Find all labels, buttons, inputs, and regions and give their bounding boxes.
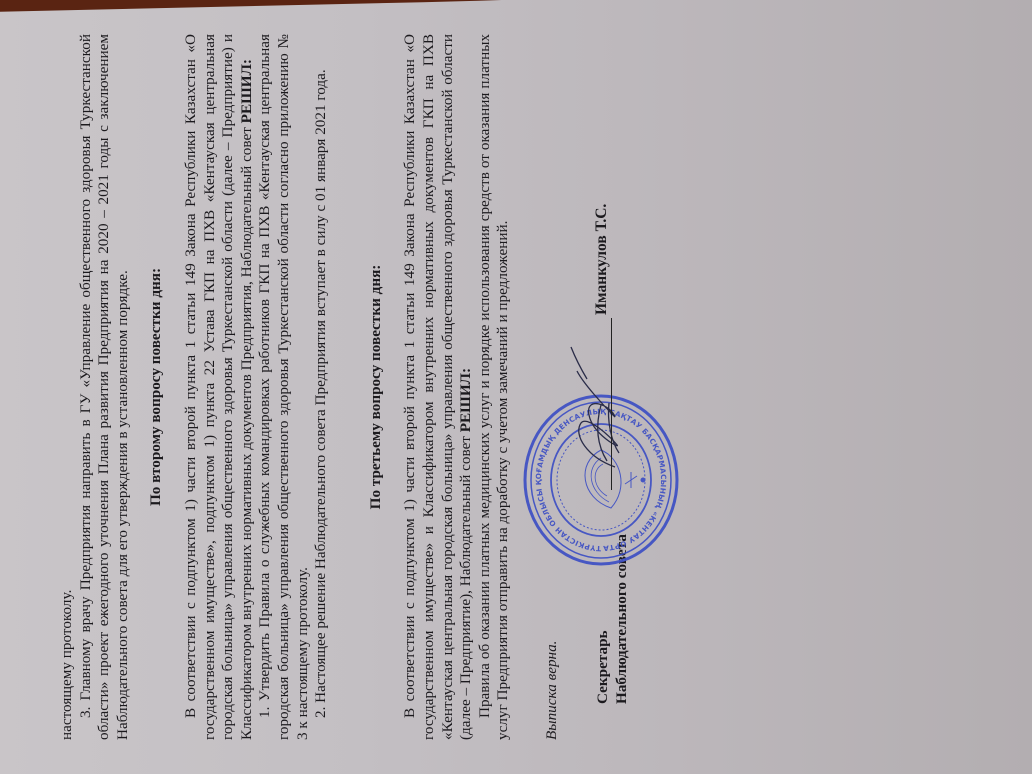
paragraph-item-3: 3. Главному врачу Предприятия направить … (77, 34, 133, 740)
paragraph-second-item-2: 2. Настоящее решение Наблюдательного сов… (312, 34, 331, 740)
handwritten-signature-icon (567, 325, 627, 475)
resolved-label: РЕШИЛ: (238, 59, 255, 123)
extract-certified-note: Выписка верна. (543, 34, 562, 740)
paragraph-third-decision: Правила об оказании платных медицинских … (476, 34, 513, 740)
paragraph-third-preamble: В соответствии с подпунктом 1) части вто… (401, 34, 475, 740)
document-page: настоящему протоколу. 3. Главному врачу … (58, 34, 938, 740)
signature-block: Секретарь Наблюдательного совета ТҮРКІСТ… (593, 34, 653, 740)
heading-second-question: По второму вопросу повестки дня: (147, 34, 166, 740)
paragraph-protocol-tail: настоящему протоколу. (58, 34, 77, 740)
paragraph-second-item-1: 1. Утвердить Правила о служебных команди… (256, 34, 312, 740)
second-preamble-text: В соответствии с подпунктом 1) части вто… (182, 34, 255, 740)
signature-line (611, 318, 612, 490)
resolved-label: РЕШИЛ: (457, 368, 474, 432)
heading-third-question: По третьему вопросу повестки дня: (367, 34, 386, 740)
paragraph-second-preamble: В соответствии с подпунктом 1) части вто… (182, 34, 256, 740)
signatory-name: Иманкулов Т.С. (593, 204, 612, 315)
